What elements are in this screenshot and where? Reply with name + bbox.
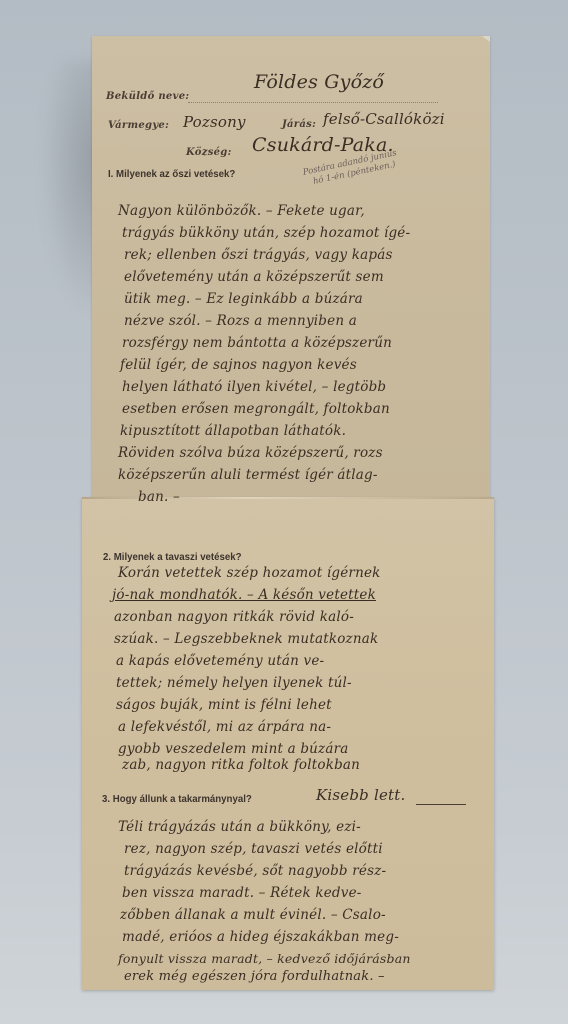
answer-2-line-1: Korán vetettek szép hozamot ígérnek [118, 562, 498, 584]
answer-3-line-6: madé, erióos a hideg éjszakákban meg- [122, 926, 494, 948]
answer-2-line-8: a lefekvéstől, mi az árpára na- [118, 716, 498, 738]
question-3-label: 3. Hogy állunk a takarmánynyal? [102, 793, 252, 805]
district-label: Járás: [282, 119, 316, 130]
answer-2-line-3: azonban nagyon ritkák rövid kaló- [114, 606, 494, 628]
question-3-answer: Téli trágyázás után a bükköny, ezi- rez,… [118, 816, 490, 992]
answer-1-line-13: középszerűn aluli termést ígér átlag- [118, 464, 490, 486]
inline-answer-dash [416, 804, 466, 805]
answer-1-line-5: ütik meg. – Ez leginkább a búzára [124, 288, 496, 310]
answer-3-line-3: trágyázás kevésbé, sőt nagyobb rész- [124, 860, 496, 882]
answer-3-line-4: ben vissza maradt. – Rétek kedve- [122, 882, 494, 904]
answer-1-line-14: ban. – [138, 486, 510, 508]
answer-1-line-8: felül ígér, de sajnos nagyon kevés [120, 354, 492, 376]
answer-3-line-2: rez, nagyon szép, tavaszi vetés előtti [124, 838, 496, 860]
answer-1-line-2: trágyás bükköny után, szép hozamot ígé- [122, 222, 494, 244]
question-1-label: I. Milyenek az őszi vetések? [108, 168, 235, 180]
sender-dotted-line [188, 102, 438, 103]
question-2-answer: Korán vetettek szép hozamot ígérnek jó-n… [112, 562, 492, 782]
answer-1-line-10: esetben erősen megrongált, foltokban [122, 398, 494, 420]
answer-2-line-2: jó-nak mondhatók. – A későn vetettek [112, 584, 492, 606]
answer-1-line-12: Röviden szólva búza középszerű, rozs [118, 442, 490, 464]
answer-2-line-7: ságos buják, mint is félni lehet [116, 694, 496, 716]
answer-1-line-11: kipusztított állapotban láthatók. [120, 420, 492, 442]
answer-1-line-4: elővetemény után a középszerűt sem [124, 266, 496, 288]
question-3-inline-answer: Kisebb lett. [316, 786, 405, 804]
answer-2-line-6: tettek; némely helyen ilyenek túl- [116, 672, 496, 694]
answer-3-line-5: zőbben állanak a mult évinél. – Csalo- [120, 904, 492, 926]
answer-1-line-7: rozsférgy nem bántotta a középszerűn [122, 332, 494, 354]
answer-2-line-4: szúak. – Legszebbeknek mutatkoznak [114, 628, 494, 650]
answer-3-line-8: erek még egészen jóra fordulhatnak. – [124, 966, 496, 988]
answer-1-line-6: nézve szól. – Rozs a mennyiben a [124, 310, 496, 332]
answer-1-line-3: rek; ellenben őszi trágyás, vagy kapás [124, 244, 496, 266]
answer-2-line-10: zab, nagyon ritka foltok foltokban [122, 754, 502, 776]
sender-name: Földes Győző [254, 71, 384, 93]
county-label: Vármegye: [108, 120, 169, 131]
question-1-answer: Nagyon különbözők. – Fekete ugar, trágyá… [118, 200, 490, 508]
district-value: felső-Csallóközi [323, 110, 445, 128]
answer-1-line-1: Nagyon különbözők. – Fekete ugar, [118, 200, 490, 222]
village-label: Község: [186, 147, 232, 158]
county-value: Pozsony [183, 113, 246, 131]
answer-2-line-5: a kapás elővetemény után ve- [116, 650, 496, 672]
answer-3-line-1: Téli trágyázás után a bükköny, ezi- [118, 816, 490, 838]
answer-1-line-9: helyen látható ilyen kivétel, – legtöbb [122, 376, 494, 398]
sender-label: Beküldő neve: [106, 91, 189, 102]
